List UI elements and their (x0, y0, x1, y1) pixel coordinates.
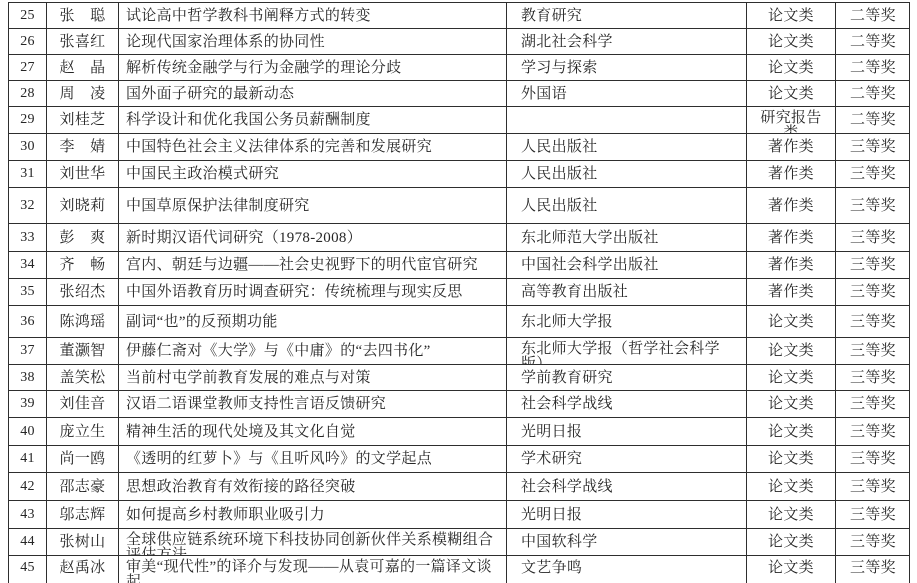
cell-name-text: 齐 畅 (60, 257, 106, 273)
cell-publication: 学习与探索 (507, 55, 747, 80)
cell-title: 副词“也”的反预期功能 (119, 306, 507, 337)
cell-category-text: 论文类 (768, 8, 814, 24)
cell-title: 审美“现代性”的译介与发现——从袁可嘉的一篇译文谈起 (119, 556, 507, 571)
cell-title-text: 如何提高乡村教师职业吸引力 (126, 507, 325, 523)
cell-title-text: 审美“现代性”的译介与发现——从袁可嘉的一篇译文谈起 (126, 560, 500, 571)
cell-name: 刘晓莉 (47, 188, 119, 223)
cell-title-text: 中国外语教育历时调查研究：传统梳理与现实反思 (126, 284, 463, 300)
cell-title-text: 解析传统金融学与行为金融学的理论分歧 (126, 60, 401, 76)
cell-category: 著作类 (747, 279, 836, 305)
cell-name: 庞立生 (47, 418, 119, 445)
cell-publication-text: 社会科学战线 (521, 479, 613, 495)
cell-name-text: 张绍杰 (60, 284, 106, 300)
cell-no: 40 (9, 418, 47, 445)
cell-no-text: 27 (20, 60, 35, 76)
cell-category-text: 论文类 (768, 560, 814, 571)
cell-title: 思想政治教育有效衔接的路径突破 (119, 473, 507, 500)
cell-name-text: 盖笑松 (60, 370, 106, 386)
cell-award-text: 三等奖 (850, 139, 896, 155)
cell-category: 论文类 (747, 338, 836, 364)
cell-no-text: 25 (20, 8, 35, 24)
cell-title: 中国外语教育历时调查研究：传统梳理与现实反思 (119, 279, 507, 305)
cell-no: 36 (9, 306, 47, 337)
table-row: 34齐 畅宫内、朝廷与边疆——社会史视野下的明代宦官研究中国社会科学出版社著作类… (9, 252, 909, 279)
cell-no: 45 (9, 556, 47, 571)
cell-no: 39 (9, 391, 47, 417)
cell-category: 论文类 (747, 473, 836, 500)
cell-title-text: 副词“也”的反预期功能 (126, 314, 278, 330)
cell-publication-text: 中国软科学 (521, 534, 598, 550)
cell-category: 论文类 (747, 3, 836, 28)
cell-name-text: 赵 晶 (60, 60, 106, 76)
cell-award: 三等奖 (836, 556, 909, 571)
cell-title-text: 《透明的红萝卜》与《且听风吟》的文学起点 (126, 451, 432, 467)
cell-publication: 学前教育研究 (507, 365, 747, 390)
cell-award: 三等奖 (836, 279, 909, 305)
cell-award-text: 三等奖 (850, 284, 896, 300)
cell-title: 解析传统金融学与行为金融学的理论分歧 (119, 55, 507, 80)
cell-award-text: 三等奖 (850, 257, 896, 273)
cell-publication: 中国软科学 (507, 529, 747, 555)
cell-name-text: 刘世华 (60, 166, 106, 182)
cell-no-text: 29 (20, 112, 35, 128)
cell-no-text: 32 (20, 198, 35, 214)
cell-name: 彭 爽 (47, 224, 119, 251)
cell-title: 论现代国家治理体系的协同性 (119, 29, 507, 54)
cell-title: 伊藤仁斋对《大学》与《中庸》的“去四书化” (119, 338, 507, 364)
cell-name: 张喜红 (47, 29, 119, 54)
cell-name: 盖笑松 (47, 365, 119, 390)
cell-category: 论文类 (747, 365, 836, 390)
cell-award: 三等奖 (836, 338, 909, 364)
cell-award-text: 二等奖 (850, 34, 896, 50)
cell-publication: 人民出版社 (507, 188, 747, 223)
cell-award: 三等奖 (836, 365, 909, 390)
cell-award: 二等奖 (836, 3, 909, 28)
cell-category-text: 论文类 (768, 314, 814, 330)
cell-award-text: 二等奖 (850, 60, 896, 76)
cell-publication-text: 光明日报 (521, 507, 582, 523)
cell-category: 著作类 (747, 252, 836, 278)
cell-name-text: 李 婧 (60, 139, 106, 155)
cell-publication-text: 东北师大学报（哲学社会科学版） (521, 342, 726, 364)
cell-title: 试论高中哲学教科书阐释方式的转变 (119, 3, 507, 28)
table-row: 30李 婧中国特色社会主义法律体系的完善和发展研究人民出版社著作类三等奖 (9, 134, 909, 161)
cell-category: 论文类 (747, 391, 836, 417)
cell-title-text: 汉语二语课堂教师支持性言语反馈研究 (126, 396, 386, 412)
cell-title: 中国民主政治模式研究 (119, 161, 507, 187)
table-row: 40庞立生精神生活的现代处境及其文化自觉光明日报论文类三等奖 (9, 418, 909, 446)
cell-title: 精神生活的现代处境及其文化自觉 (119, 418, 507, 445)
cell-award: 三等奖 (836, 501, 909, 528)
cell-award: 二等奖 (836, 29, 909, 54)
cell-no-text: 41 (20, 451, 35, 467)
cell-title: 如何提高乡村教师职业吸引力 (119, 501, 507, 528)
cell-name: 邵志豪 (47, 473, 119, 500)
cell-title: 汉语二语课堂教师支持性言语反馈研究 (119, 391, 507, 417)
cell-name: 陈鸿瑶 (47, 306, 119, 337)
cell-title-text: 伊藤仁斋对《大学》与《中庸》的“去四书化” (126, 343, 431, 359)
cell-name-text: 刘晓莉 (60, 198, 106, 214)
cell-publication-text: 人民出版社 (521, 166, 598, 182)
cell-name-text: 邵志豪 (60, 479, 106, 495)
cell-award-text: 二等奖 (850, 86, 896, 102)
table-row: 37董灏智伊藤仁斋对《大学》与《中庸》的“去四书化”东北师大学报（哲学社会科学版… (9, 338, 909, 365)
cell-award: 三等奖 (836, 224, 909, 251)
cell-publication-text: 人民出版社 (521, 198, 598, 214)
cell-category-text: 论文类 (768, 479, 814, 495)
cell-title-text: 国外面子研究的最新动态 (126, 86, 294, 102)
cell-no-text: 30 (20, 139, 35, 155)
cell-category-text: 著作类 (768, 257, 814, 273)
cell-category: 著作类 (747, 188, 836, 223)
cell-award: 三等奖 (836, 134, 909, 160)
cell-award: 三等奖 (836, 252, 909, 278)
cell-name-text: 庞立生 (60, 424, 106, 440)
cell-award-text: 三等奖 (850, 507, 896, 523)
cell-award: 二等奖 (836, 55, 909, 80)
cell-name-text: 刘桂芝 (60, 112, 106, 128)
cell-title-text: 科学设计和优化我国公务员薪酬制度 (126, 112, 371, 128)
cell-award: 三等奖 (836, 306, 909, 337)
cell-award: 三等奖 (836, 188, 909, 223)
cell-publication-text: 东北师大学报 (521, 314, 613, 330)
cell-award: 三等奖 (836, 391, 909, 417)
cell-title: 《透明的红萝卜》与《且听风吟》的文学起点 (119, 446, 507, 472)
cell-publication-text: 东北师范大学出版社 (521, 230, 659, 246)
cell-category-text: 著作类 (768, 230, 814, 246)
cell-award-text: 三等奖 (850, 396, 896, 412)
cell-publication-text: 人民出版社 (521, 139, 598, 155)
cell-category-text: 论文类 (768, 451, 814, 467)
cell-no-text: 45 (20, 560, 35, 571)
cell-category: 著作类 (747, 134, 836, 160)
cell-publication: 高等教育出版社 (507, 279, 747, 305)
cell-publication: 社会科学战线 (507, 391, 747, 417)
cell-publication-text: 学习与探索 (521, 60, 598, 76)
cell-publication: 人民出版社 (507, 161, 747, 187)
cell-no-text: 44 (20, 534, 35, 550)
cell-no: 33 (9, 224, 47, 251)
cell-no-text: 36 (20, 314, 35, 330)
cell-name-text: 张喜红 (60, 34, 106, 50)
cell-publication: 光明日报 (507, 501, 747, 528)
cell-name: 刘桂芝 (47, 107, 119, 133)
cell-title: 全球供应链系统环境下科技协同创新伙伴关系模糊组合评估方法 (119, 529, 507, 555)
cell-no: 27 (9, 55, 47, 80)
cell-award: 三等奖 (836, 473, 909, 500)
cell-category-text: 论文类 (768, 370, 814, 386)
cell-category-text: 论文类 (768, 34, 814, 50)
cell-category: 论文类 (747, 418, 836, 445)
cell-publication-text: 文艺争鸣 (521, 560, 582, 571)
cell-category: 著作类 (747, 161, 836, 187)
cell-no: 37 (9, 338, 47, 364)
cell-category: 论文类 (747, 529, 836, 555)
cell-award: 三等奖 (836, 529, 909, 555)
cell-publication: 学术研究 (507, 446, 747, 472)
cell-publication-text: 学术研究 (521, 451, 582, 467)
cell-award-text: 三等奖 (850, 424, 896, 440)
cell-category: 著作类 (747, 224, 836, 251)
cell-category: 论文类 (747, 55, 836, 80)
cell-no: 44 (9, 529, 47, 555)
cell-title: 中国草原保护法律制度研究 (119, 188, 507, 223)
cell-award: 二等奖 (836, 81, 909, 106)
cell-name-text: 张树山 (60, 534, 106, 550)
table-row: 45赵禹冰审美“现代性”的译介与发现——从袁可嘉的一篇译文谈起文艺争鸣论文类三等… (9, 556, 909, 571)
cell-no: 28 (9, 81, 47, 106)
cell-name: 赵禹冰 (47, 556, 119, 571)
cell-name: 刘世华 (47, 161, 119, 187)
cell-award-text: 三等奖 (850, 343, 896, 359)
cell-award-text: 三等奖 (850, 230, 896, 246)
cell-category: 论文类 (747, 446, 836, 472)
cell-name: 张树山 (47, 529, 119, 555)
cell-name-text: 尚一鸥 (60, 451, 106, 467)
cell-publication: 光明日报 (507, 418, 747, 445)
table-row: 31刘世华中国民主政治模式研究人民出版社著作类三等奖 (9, 161, 909, 188)
cell-publication: 文艺争鸣 (507, 556, 747, 571)
cell-no: 30 (9, 134, 47, 160)
cell-publication: 教育研究 (507, 3, 747, 28)
table-row: 27赵 晶解析传统金融学与行为金融学的理论分歧学习与探索论文类二等奖 (9, 55, 909, 81)
cell-category: 论文类 (747, 29, 836, 54)
cell-name: 赵 晶 (47, 55, 119, 80)
cell-category-text: 著作类 (768, 166, 814, 182)
cell-award-text: 三等奖 (850, 560, 896, 571)
cell-award-text: 三等奖 (850, 534, 896, 550)
cell-category: 论文类 (747, 501, 836, 528)
cell-category-text: 著作类 (768, 198, 814, 214)
awards-table: 25张 聪试论高中哲学教科书阐释方式的转变教育研究论文类二等奖26张喜红论现代国… (8, 2, 910, 571)
cell-no: 29 (9, 107, 47, 133)
cell-name: 齐 畅 (47, 252, 119, 278)
cell-category: 论文类 (747, 81, 836, 106)
cell-title: 科学设计和优化我国公务员薪酬制度 (119, 107, 507, 133)
cell-publication-text: 高等教育出版社 (521, 284, 628, 300)
cell-title-text: 当前村屯学前教育发展的难点与对策 (126, 370, 371, 386)
cell-name: 邬志辉 (47, 501, 119, 528)
cell-title: 国外面子研究的最新动态 (119, 81, 507, 106)
cell-name-text: 刘佳音 (60, 396, 106, 412)
cell-publication: 社会科学战线 (507, 473, 747, 500)
cell-title: 当前村屯学前教育发展的难点与对策 (119, 365, 507, 390)
cell-award-text: 三等奖 (850, 451, 896, 467)
cell-publication: 中国社会科学出版社 (507, 252, 747, 278)
cell-title-text: 精神生活的现代处境及其文化自觉 (126, 424, 356, 440)
cell-no: 26 (9, 29, 47, 54)
cell-title-text: 宫内、朝廷与边疆——社会史视野下的明代宦官研究 (126, 257, 478, 273)
cell-category-text: 论文类 (768, 86, 814, 102)
cell-award-text: 三等奖 (850, 479, 896, 495)
cell-no: 38 (9, 365, 47, 390)
cell-category-text: 论文类 (768, 396, 814, 412)
cell-award-text: 二等奖 (850, 112, 896, 128)
cell-award-text: 二等奖 (850, 8, 896, 24)
cell-name: 张绍杰 (47, 279, 119, 305)
cell-award: 三等奖 (836, 418, 909, 445)
table-row: 29刘桂芝科学设计和优化我国公务员薪酬制度研究报告类二等奖 (9, 107, 909, 134)
cell-no-text: 33 (20, 230, 35, 246)
cell-name: 张 聪 (47, 3, 119, 28)
cell-award: 三等奖 (836, 446, 909, 472)
cell-no-text: 39 (20, 396, 35, 412)
cell-award-text: 三等奖 (850, 370, 896, 386)
cell-award: 二等奖 (836, 107, 909, 133)
cell-name-text: 周 凌 (60, 86, 106, 102)
table-row: 35张绍杰中国外语教育历时调查研究：传统梳理与现实反思高等教育出版社著作类三等奖 (9, 279, 909, 306)
cell-no-text: 40 (20, 424, 35, 440)
table-row: 44张树山全球供应链系统环境下科技协同创新伙伴关系模糊组合评估方法中国软科学论文… (9, 529, 909, 556)
cell-no-text: 42 (20, 479, 35, 495)
cell-publication: 人民出版社 (507, 134, 747, 160)
cell-title: 中国特色社会主义法律体系的完善和发展研究 (119, 134, 507, 160)
cell-category-text: 论文类 (768, 343, 814, 359)
cell-publication-text: 湖北社会科学 (521, 34, 613, 50)
table-row: 33彭 爽新时期汉语代词研究（1978-2008）东北师范大学出版社著作类三等奖 (9, 224, 909, 252)
cell-publication: 外国语 (507, 81, 747, 106)
table-row: 39刘佳音汉语二语课堂教师支持性言语反馈研究社会科学战线论文类三等奖 (9, 391, 909, 418)
cell-no-text: 28 (20, 86, 35, 102)
cell-name-text: 彭 爽 (60, 230, 106, 246)
cell-category-text: 研究报告类 (760, 111, 822, 133)
cell-category-text: 著作类 (768, 284, 814, 300)
cell-name-text: 邬志辉 (60, 507, 106, 523)
table-row: 42邵志豪思想政治教育有效衔接的路径突破社会科学战线论文类三等奖 (9, 473, 909, 501)
cell-award-text: 三等奖 (850, 314, 896, 330)
cell-name: 尚一鸥 (47, 446, 119, 472)
cell-no-text: 43 (20, 507, 35, 523)
cell-no: 34 (9, 252, 47, 278)
table-row: 32刘晓莉中国草原保护法律制度研究人民出版社著作类三等奖 (9, 188, 909, 224)
cell-award-text: 三等奖 (850, 166, 896, 182)
table-row: 38盖笑松当前村屯学前教育发展的难点与对策学前教育研究论文类三等奖 (9, 365, 909, 391)
cell-publication: 东北师大学报（哲学社会科学版） (507, 338, 747, 364)
cell-no: 31 (9, 161, 47, 187)
cell-name-text: 赵禹冰 (60, 560, 106, 571)
table-row: 41尚一鸥《透明的红萝卜》与《且听风吟》的文学起点学术研究论文类三等奖 (9, 446, 909, 473)
cell-publication: 东北师大学报 (507, 306, 747, 337)
cell-title-text: 中国草原保护法律制度研究 (126, 198, 310, 214)
cell-publication: 湖北社会科学 (507, 29, 747, 54)
cell-category: 研究报告类 (747, 107, 836, 133)
cell-publication-text: 中国社会科学出版社 (521, 257, 659, 273)
cell-publication-text: 学前教育研究 (521, 370, 613, 386)
cell-name-text: 陈鸿瑶 (60, 314, 106, 330)
cell-title-text: 试论高中哲学教科书阐释方式的转变 (126, 8, 371, 24)
table-row: 25张 聪试论高中哲学教科书阐释方式的转变教育研究论文类二等奖 (9, 3, 909, 29)
cell-title-text: 论现代国家治理体系的协同性 (126, 34, 325, 50)
cell-no: 25 (9, 3, 47, 28)
cell-no: 32 (9, 188, 47, 223)
cell-category: 论文类 (747, 556, 836, 571)
cell-name: 刘佳音 (47, 391, 119, 417)
cell-no-text: 35 (20, 284, 35, 300)
table-row: 28周 凌国外面子研究的最新动态外国语论文类二等奖 (9, 81, 909, 107)
cell-no-text: 34 (20, 257, 35, 273)
cell-name-text: 董灏智 (60, 343, 106, 359)
cell-award-text: 三等奖 (850, 198, 896, 214)
cell-title: 新时期汉语代词研究（1978-2008） (119, 224, 507, 251)
table-row: 36陈鸿瑶副词“也”的反预期功能东北师大学报论文类三等奖 (9, 306, 909, 338)
cell-no-text: 31 (20, 166, 35, 182)
table-row: 26张喜红论现代国家治理体系的协同性湖北社会科学论文类二等奖 (9, 29, 909, 55)
cell-category-text: 著作类 (768, 139, 814, 155)
cell-no: 42 (9, 473, 47, 500)
cell-category-text: 论文类 (768, 60, 814, 76)
cell-title-text: 全球供应链系统环境下科技协同创新伙伴关系模糊组合评估方法 (126, 533, 500, 555)
cell-title: 宫内、朝廷与边疆——社会史视野下的明代宦官研究 (119, 252, 507, 278)
cell-no-text: 26 (20, 34, 35, 50)
cell-no-text: 38 (20, 370, 35, 386)
cell-publication-text: 光明日报 (521, 424, 582, 440)
cell-title-text: 思想政治教育有效衔接的路径突破 (126, 479, 356, 495)
cell-category-text: 论文类 (768, 424, 814, 440)
table-row: 43邬志辉如何提高乡村教师职业吸引力光明日报论文类三等奖 (9, 501, 909, 529)
cell-title-text: 中国民主政治模式研究 (126, 166, 279, 182)
cell-publication-text: 社会科学战线 (521, 396, 613, 412)
cell-name: 周 凌 (47, 81, 119, 106)
cell-no: 35 (9, 279, 47, 305)
cell-no-text: 37 (20, 343, 35, 359)
cell-category-text: 论文类 (768, 507, 814, 523)
cell-award: 三等奖 (836, 161, 909, 187)
cell-publication: 东北师范大学出版社 (507, 224, 747, 251)
cell-no: 41 (9, 446, 47, 472)
cell-category-text: 论文类 (768, 534, 814, 550)
cell-publication-text: 外国语 (521, 86, 567, 102)
cell-title-text: 中国特色社会主义法律体系的完善和发展研究 (126, 139, 432, 155)
cell-publication (507, 107, 747, 133)
cell-name: 董灏智 (47, 338, 119, 364)
cell-name-text: 张 聪 (60, 8, 106, 24)
cell-publication-text: 教育研究 (521, 8, 582, 24)
cell-name: 李 婧 (47, 134, 119, 160)
cell-category: 论文类 (747, 306, 836, 337)
cell-title-text: 新时期汉语代词研究（1978-2008） (126, 230, 362, 246)
cell-no: 43 (9, 501, 47, 528)
